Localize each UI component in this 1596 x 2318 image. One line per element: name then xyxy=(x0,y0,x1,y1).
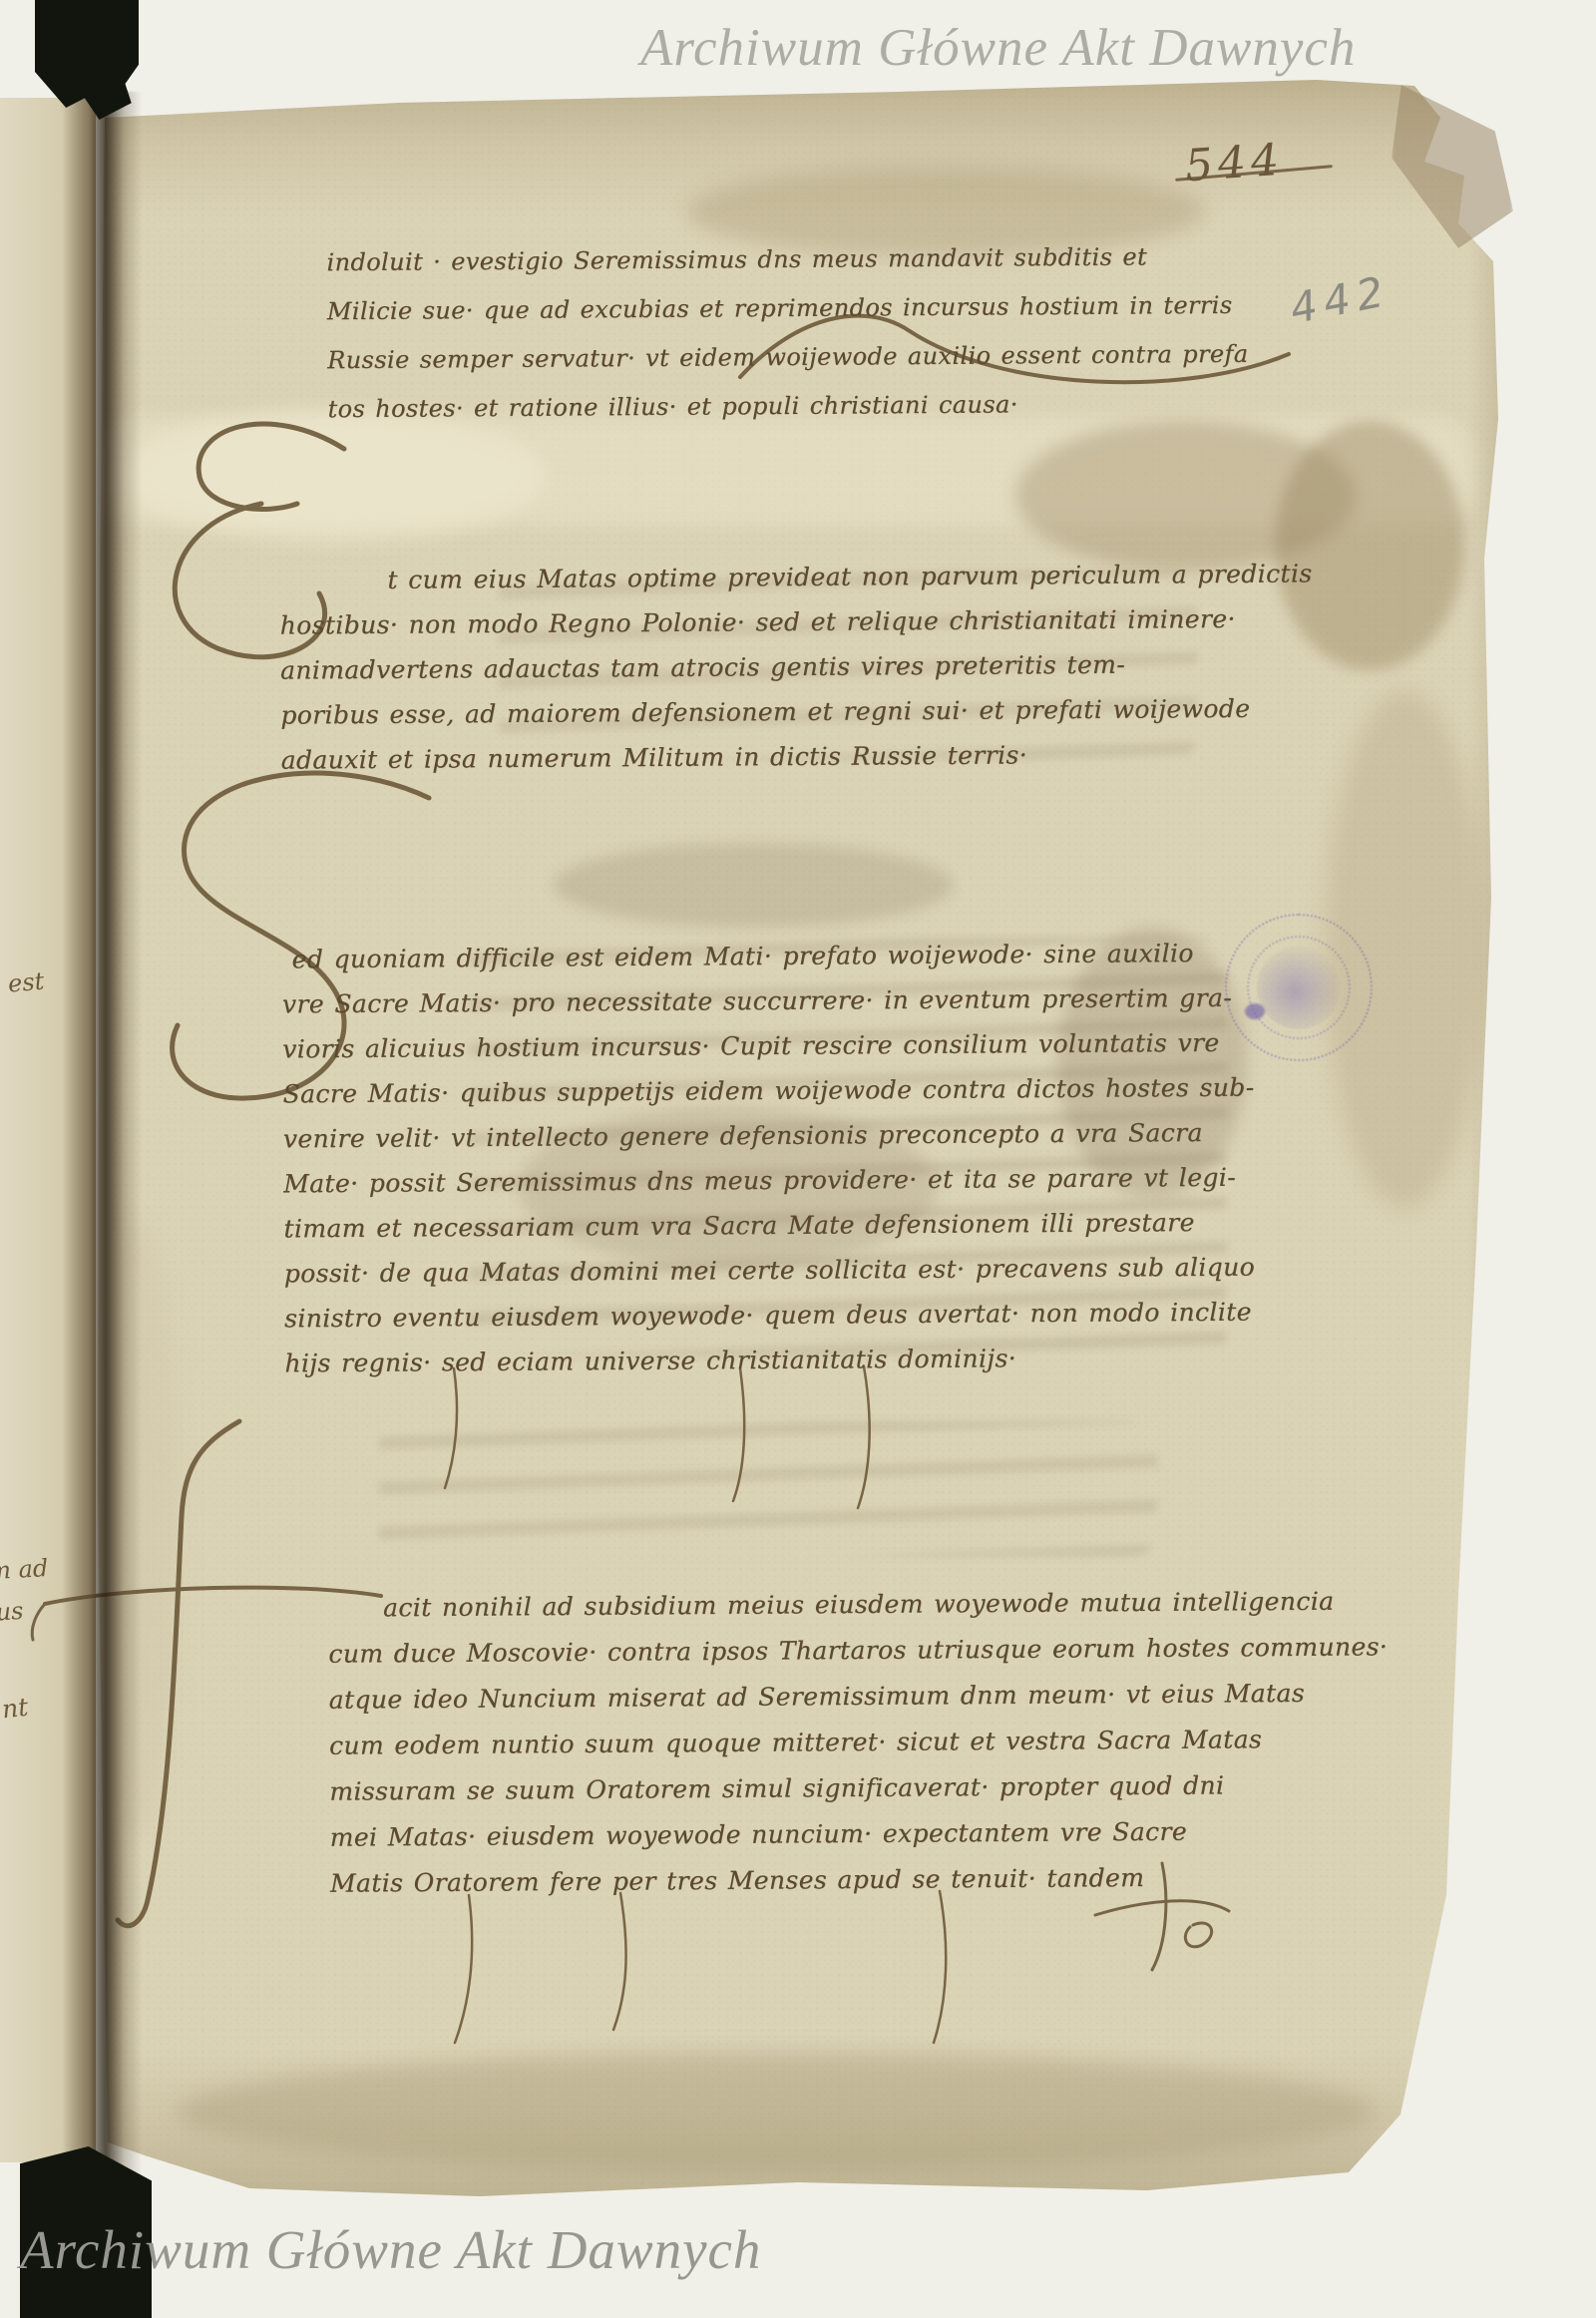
manuscript-line: timam et necessariam cum vra Sacra Mate … xyxy=(283,1200,1255,1252)
manuscript-line: hostibus· non modo Regno Polonie· sed et… xyxy=(280,595,1313,647)
manuscript-line: t cum eius Matas optime prevideat non pa… xyxy=(279,551,1312,602)
manuscript-line: vre Sacre Matis· pro necessitate succurr… xyxy=(282,975,1254,1027)
manuscript-line: atque ideo Nuncium miserat ad Seremissim… xyxy=(329,1670,1389,1723)
archive-stamp-ink-spot xyxy=(1245,1003,1265,1019)
manuscript-line: sinistro eventu eiusdem woyewode· quem d… xyxy=(284,1290,1256,1342)
manuscript-line: animadvertens adauctas tam atrocis genti… xyxy=(280,640,1313,692)
scanned-manuscript-screenshot: { "archive": { "watermark_text": "Archiw… xyxy=(0,0,1596,2318)
stain xyxy=(178,2052,1375,2171)
archive-watermark-bottom: Archiwum Główne Akt Dawnych xyxy=(20,2218,761,2281)
folio-number-ink: 544 xyxy=(1183,135,1285,193)
binding-gutter-shadow xyxy=(62,92,142,2318)
margin-fragment: nt xyxy=(1,1693,30,1725)
manuscript-line: possit· de qua Matas domini mei certe so… xyxy=(284,1245,1256,1297)
manuscript-line: acit nonihil ad subsidium meius eiusdem … xyxy=(328,1578,1388,1631)
manuscript-line: Sacre Matis· quibus suppetijs eidem woij… xyxy=(282,1065,1254,1117)
manuscript-line: cum duce Moscovie· contra ipsos Thartaro… xyxy=(328,1624,1388,1677)
manuscript-line: Mate· possit Seremissimus dns meus provi… xyxy=(283,1155,1255,1207)
manuscript-line: poribus esse, ad maiorem defensionem et … xyxy=(280,685,1313,737)
manuscript-line: Milicie sue· que ad excubias et reprimen… xyxy=(327,281,1249,336)
manuscript-paragraph-2: t cum eius Matas optime prevideat non pa… xyxy=(279,551,1314,782)
manuscript-line: Russie semper servatur· vt eidem woijewo… xyxy=(327,330,1249,385)
margin-fragment: ius xyxy=(0,1597,24,1627)
manuscript-line: hijs regnis· sed eciam universe christia… xyxy=(284,1335,1256,1386)
margin-fragment: o est xyxy=(0,967,45,1000)
manuscript-paragraph-1: indoluit · evestigio Seremissimus dns me… xyxy=(326,232,1249,434)
manuscript-line: vioris alicuius hostium incursus· Cupit … xyxy=(282,1020,1254,1072)
manuscript-line: mei Matas· eiusdem woyewode nuncium· exp… xyxy=(329,1807,1389,1860)
archive-stamp-ink-blob xyxy=(1257,946,1341,1029)
manuscript-line: ed quoniam difficile est eidem Mati· pre… xyxy=(281,931,1253,982)
manuscript-line: cum eodem nuntio suum quoque mitteret· s… xyxy=(329,1716,1389,1768)
bleed-through-text xyxy=(379,1421,1157,1556)
manuscript-paragraph-3: ed quoniam difficile est eidem Mati· pre… xyxy=(281,931,1256,1386)
archive-watermark-top: Archiwum Główne Akt Dawnych xyxy=(640,18,1356,78)
margin-fragment: em ad xyxy=(0,1554,49,1586)
manuscript-line: venire velit· vt intellecto genere defen… xyxy=(283,1110,1255,1162)
manuscript-paragraph-4: acit nonihil ad subsidium meius eiusdem … xyxy=(328,1578,1390,1906)
manuscript-line: Matis Oratorem fere per tres Menses apud… xyxy=(330,1853,1390,1906)
manuscript-line: indoluit · evestigio Seremissimus dns me… xyxy=(326,232,1248,287)
manuscript-line: missuram se suum Oratorem simul signific… xyxy=(329,1761,1389,1814)
manuscript-line: adauxit et ipsa numerum Militum in dicti… xyxy=(280,730,1313,782)
manuscript-line: tos hostes· et ratione illius· et populi… xyxy=(327,379,1249,434)
archive-stamp xyxy=(1225,914,1373,1061)
bleed-through-mark xyxy=(554,843,953,928)
